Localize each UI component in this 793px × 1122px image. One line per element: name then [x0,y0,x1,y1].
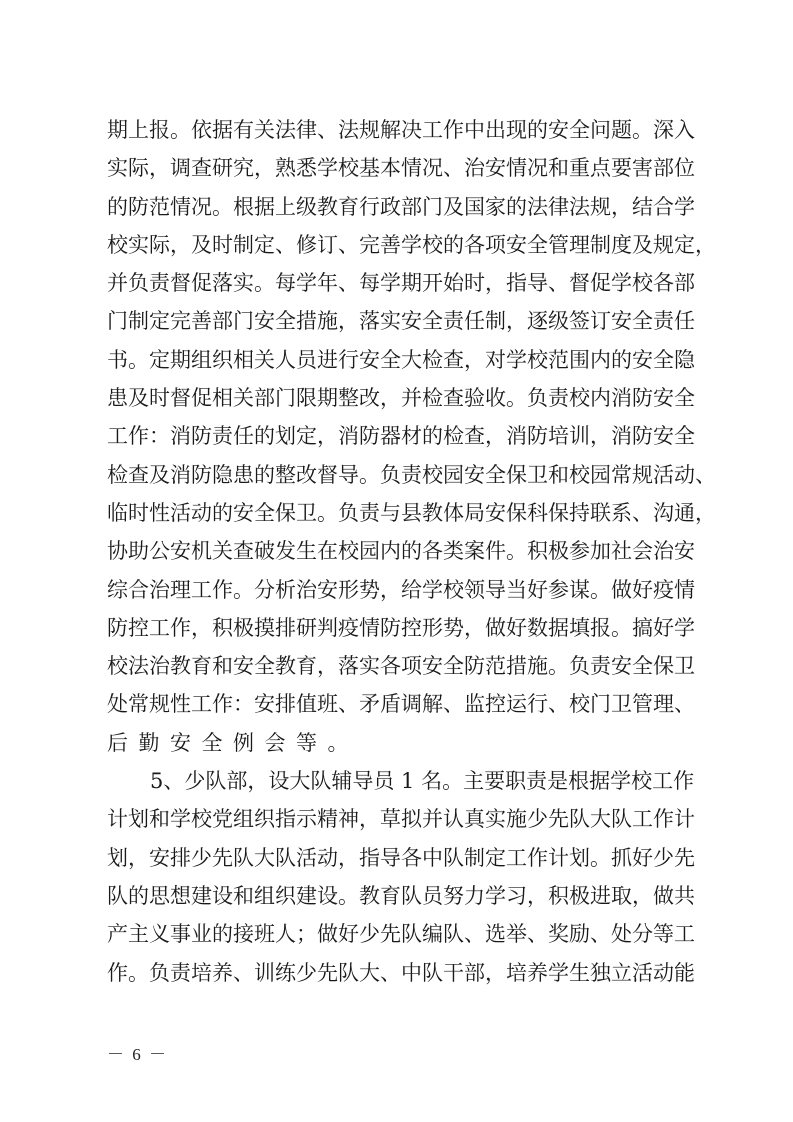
text-line: 计划和学校党组织指示精神，草拟并认真实施少先队大队工作计 [107,800,693,838]
text-line: 处常规性工作：安排值班、矛盾调解、监控运行、校门卫管理、 [107,685,693,723]
text-line: 后勤安全例会等。 [107,724,693,762]
text-line: 患及时督促相关部门限期整改，并检查验收。负责校内消防安全 [107,379,693,417]
text-line: 协助公安机关查破发生在校园内的各类案件。积极参加社会治安 [107,532,693,570]
text-line: 书。定期组织相关人员进行安全大检查，对学校范围内的安全隐 [107,341,693,379]
text-line: 临时性活动的安全保卫。负责与县教体局安保科保持联系、沟通， [107,494,693,532]
text-line: 防控工作，积极摸排研判疫情防控形势，做好数据填报。搞好学 [107,609,693,647]
text-line: 5、少队部，设大队辅导员 1 名。主要职责是根据学校工作 [107,762,693,800]
text-line: 队的思想建设和组织建设。教育队员努力学习，积极进取，做共 [107,877,693,915]
text-line: 产主义事业的接班人；做好少先队编队、选举、奖励、处分等工 [107,915,693,953]
page-number: － 6 － [107,1040,168,1065]
text-line: 综合治理工作。分析治安形势，给学校领导当好参谋。做好疫情 [107,571,693,609]
document-page: 期上报。依据有关法律、法规解决工作中出现的安全问题。深入 实际，调查研究，熟悉学… [0,0,793,1122]
text-line: 并负责督促落实。每学年、每学期开始时，指导、督促学校各部 [107,264,693,302]
text-line: 工作：消防责任的划定，消防器材的检查，消防培训，消防安全 [107,417,693,455]
text-line: 门制定完善部门安全措施，落实安全责任制，逐级签订安全责任 [107,302,693,340]
paragraph-security-duties: 期上报。依据有关法律、法规解决工作中出现的安全问题。深入 实际，调查研究，熟悉学… [107,111,693,762]
text-line: 实际，调查研究，熟悉学校基本情况、治安情况和重点要害部位 [107,149,693,187]
paragraph-young-pioneers: 5、少队部，设大队辅导员 1 名。主要职责是根据学校工作 计划和学校党组织指示精… [107,762,693,992]
text-line: 检查及消防隐患的整改督导。负责校园安全保卫和校园常规活动、 [107,456,693,494]
text-line: 作。负责培养、训练少先队大、中队干部，培养学生独立活动能 [107,954,693,992]
text-line: 划，安排少先队大队活动，指导各中队制定工作计划。抓好少先 [107,839,693,877]
text-line: 期上报。依据有关法律、法规解决工作中出现的安全问题。深入 [107,111,693,149]
text-line: 校法治教育和安全教育，落实各项安全防范措施。负责安全保卫 [107,647,693,685]
body-text: 期上报。依据有关法律、法规解决工作中出现的安全问题。深入 实际，调查研究，熟悉学… [107,111,693,992]
text-line: 的防范情况。根据上级教育行政部门及国家的法律法规，结合学 [107,188,693,226]
text-line: 校实际，及时制定、修订、完善学校的各项安全管理制度及规定， [107,226,693,264]
